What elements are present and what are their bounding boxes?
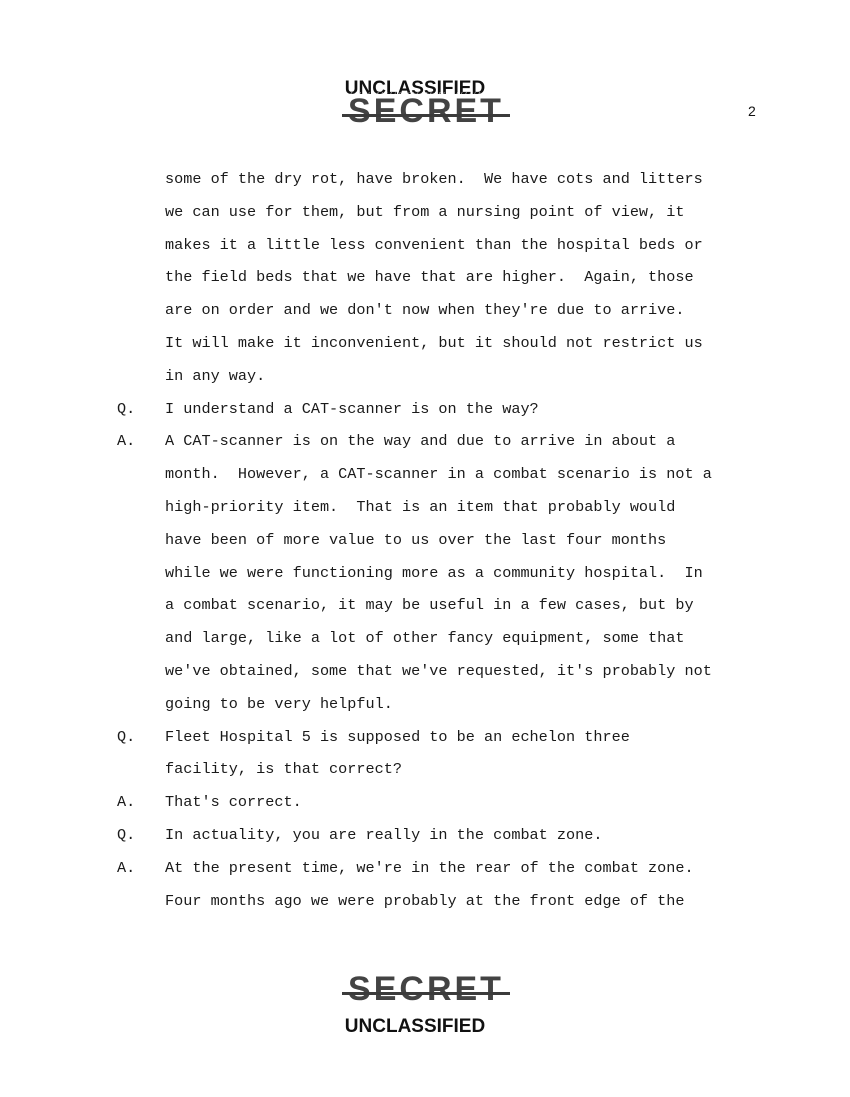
transcript-line: makes it a little less convenient than t…: [117, 229, 797, 262]
document-page: UNCLASSIFIED SECRET 2 some of the dry ro…: [0, 0, 850, 1097]
line-text: have been of more value to us over the l…: [165, 524, 797, 557]
transcript-line: and large, like a lot of other fancy equ…: [117, 622, 797, 655]
classification-footer: UNCLASSIFIED: [265, 1016, 565, 1038]
transcript-line: month. However, a CAT-scanner in a comba…: [117, 458, 797, 491]
line-text: At the present time, we're in the rear o…: [165, 852, 797, 885]
transcript-line: have been of more value to us over the l…: [117, 524, 797, 557]
speaker-marker: A.: [117, 852, 165, 885]
line-text: high-priority item. That is an item that…: [165, 491, 797, 524]
transcript-line: are on order and we don't now when they'…: [117, 294, 797, 327]
speaker-marker: [117, 491, 165, 524]
speaker-marker: A.: [117, 425, 165, 458]
line-text: facility, is that correct?: [165, 753, 797, 786]
strikethrough-line: [342, 992, 510, 995]
line-text: some of the dry rot, have broken. We hav…: [165, 163, 797, 196]
speaker-marker: [117, 622, 165, 655]
line-text: while we were functioning more as a comm…: [165, 557, 797, 590]
speaker-marker: [117, 557, 165, 590]
line-text: Fleet Hospital 5 is supposed to be an ec…: [165, 721, 797, 754]
secret-stamp-text: SECRET: [348, 970, 504, 1009]
transcript-line: we can use for them, but from a nursing …: [117, 196, 797, 229]
line-text: in any way.: [165, 360, 797, 393]
speaker-marker: Q.: [117, 393, 165, 426]
strikethrough-line: [342, 114, 510, 117]
struck-secret-marking-top: SECRET: [326, 92, 526, 131]
speaker-marker: [117, 688, 165, 721]
speaker-marker: [117, 524, 165, 557]
transcript-line: A.At the present time, we're in the rear…: [117, 852, 797, 885]
transcript-body: some of the dry rot, have broken. We hav…: [117, 163, 797, 917]
line-text: going to be very helpful.: [165, 688, 797, 721]
transcript-line: some of the dry rot, have broken. We hav…: [117, 163, 797, 196]
speaker-marker: Q.: [117, 819, 165, 852]
struck-secret-marking-bottom: SECRET: [326, 970, 526, 1009]
secret-stamp-text: SECRET: [348, 92, 504, 131]
transcript-line: A.That's correct.: [117, 786, 797, 819]
speaker-marker: [117, 327, 165, 360]
transcript-line: we've obtained, some that we've requeste…: [117, 655, 797, 688]
line-text: Four months ago we were probably at the …: [165, 885, 797, 918]
speaker-marker: [117, 655, 165, 688]
speaker-marker: [117, 229, 165, 262]
speaker-marker: [117, 458, 165, 491]
transcript-line: It will make it inconvenient, but it sho…: [117, 327, 797, 360]
line-text: the field beds that we have that are hig…: [165, 261, 797, 294]
speaker-marker: Q.: [117, 721, 165, 754]
transcript-line: high-priority item. That is an item that…: [117, 491, 797, 524]
speaker-marker: [117, 261, 165, 294]
transcript-line: in any way.: [117, 360, 797, 393]
line-text: In actuality, you are really in the comb…: [165, 819, 797, 852]
speaker-marker: [117, 360, 165, 393]
line-text: month. However, a CAT-scanner in a comba…: [165, 458, 797, 491]
transcript-line: the field beds that we have that are hig…: [117, 261, 797, 294]
speaker-marker: [117, 753, 165, 786]
speaker-marker: [117, 196, 165, 229]
transcript-line: Q.I understand a CAT-scanner is on the w…: [117, 393, 797, 426]
transcript-line: Q.Fleet Hospital 5 is supposed to be an …: [117, 721, 797, 754]
transcript-line: facility, is that correct?: [117, 753, 797, 786]
speaker-marker: [117, 163, 165, 196]
line-text: It will make it inconvenient, but it sho…: [165, 327, 797, 360]
speaker-marker: [117, 589, 165, 622]
transcript-line: going to be very helpful.: [117, 688, 797, 721]
transcript-line: A.A CAT-scanner is on the way and due to…: [117, 425, 797, 458]
page-number: 2: [748, 103, 756, 119]
transcript-line: Q.In actuality, you are really in the co…: [117, 819, 797, 852]
line-text: we can use for them, but from a nursing …: [165, 196, 797, 229]
line-text: makes it a little less convenient than t…: [165, 229, 797, 262]
transcript-line: while we were functioning more as a comm…: [117, 557, 797, 590]
line-text: I understand a CAT-scanner is on the way…: [165, 393, 797, 426]
line-text: we've obtained, some that we've requeste…: [165, 655, 797, 688]
line-text: and large, like a lot of other fancy equ…: [165, 622, 797, 655]
line-text: are on order and we don't now when they'…: [165, 294, 797, 327]
speaker-marker: A.: [117, 786, 165, 819]
line-text: That's correct.: [165, 786, 797, 819]
transcript-line: a combat scenario, it may be useful in a…: [117, 589, 797, 622]
line-text: A CAT-scanner is on the way and due to a…: [165, 425, 797, 458]
transcript-line: Four months ago we were probably at the …: [117, 885, 797, 918]
line-text: a combat scenario, it may be useful in a…: [165, 589, 797, 622]
speaker-marker: [117, 294, 165, 327]
speaker-marker: [117, 885, 165, 918]
